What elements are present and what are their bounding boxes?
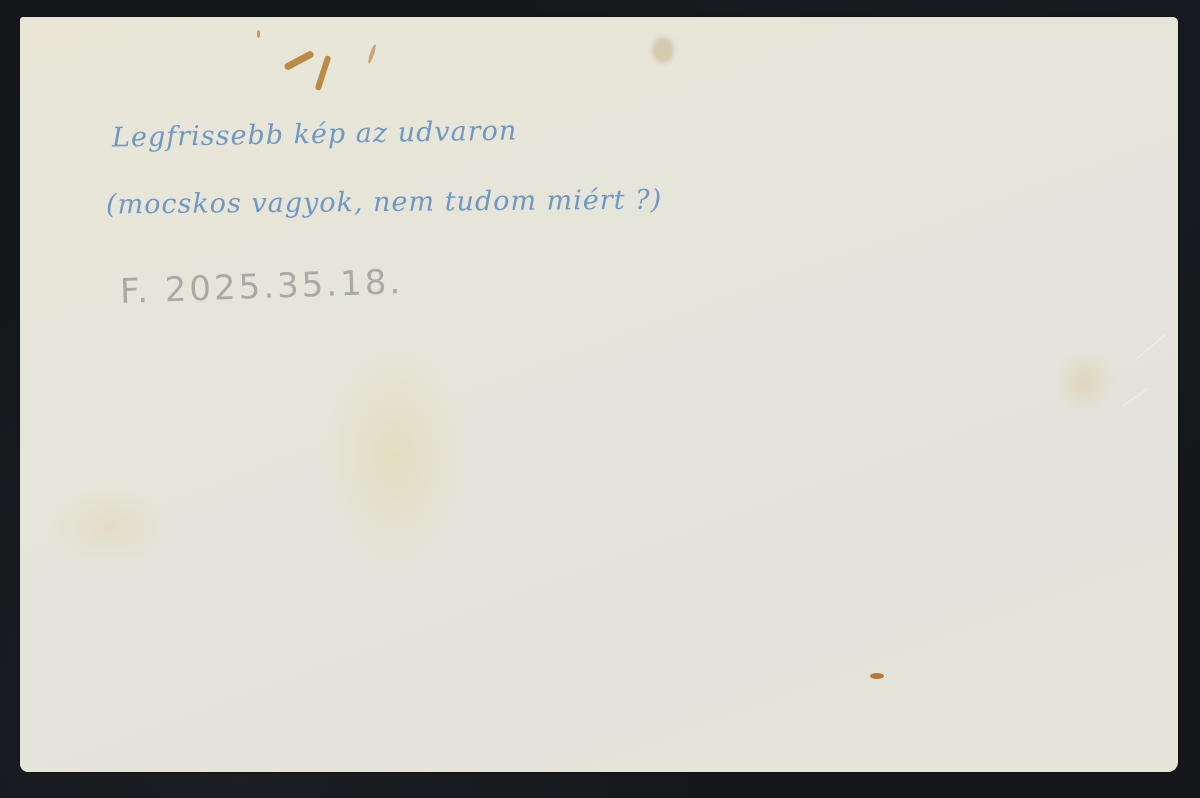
rust-stain-mark xyxy=(315,55,332,91)
faint-stain-mark xyxy=(652,37,674,63)
handwritten-caption-line-1: Legfrissebb kép az udvaron xyxy=(112,115,518,153)
photo-back-card: Legfrissebb kép az udvaron (mocskos vagy… xyxy=(20,17,1178,772)
surface-scratch xyxy=(1122,388,1147,406)
rust-stain-mark xyxy=(257,30,260,38)
surface-scratch xyxy=(1134,334,1165,360)
rust-spot xyxy=(870,673,884,679)
pencil-inventory-number: F. 2025.35.18. xyxy=(119,262,403,312)
handwritten-caption-line-2: (mocskos vagyok, nem tudom miért ?) xyxy=(106,185,662,221)
rust-stain-mark xyxy=(367,44,377,64)
rust-stain-mark xyxy=(283,50,315,71)
